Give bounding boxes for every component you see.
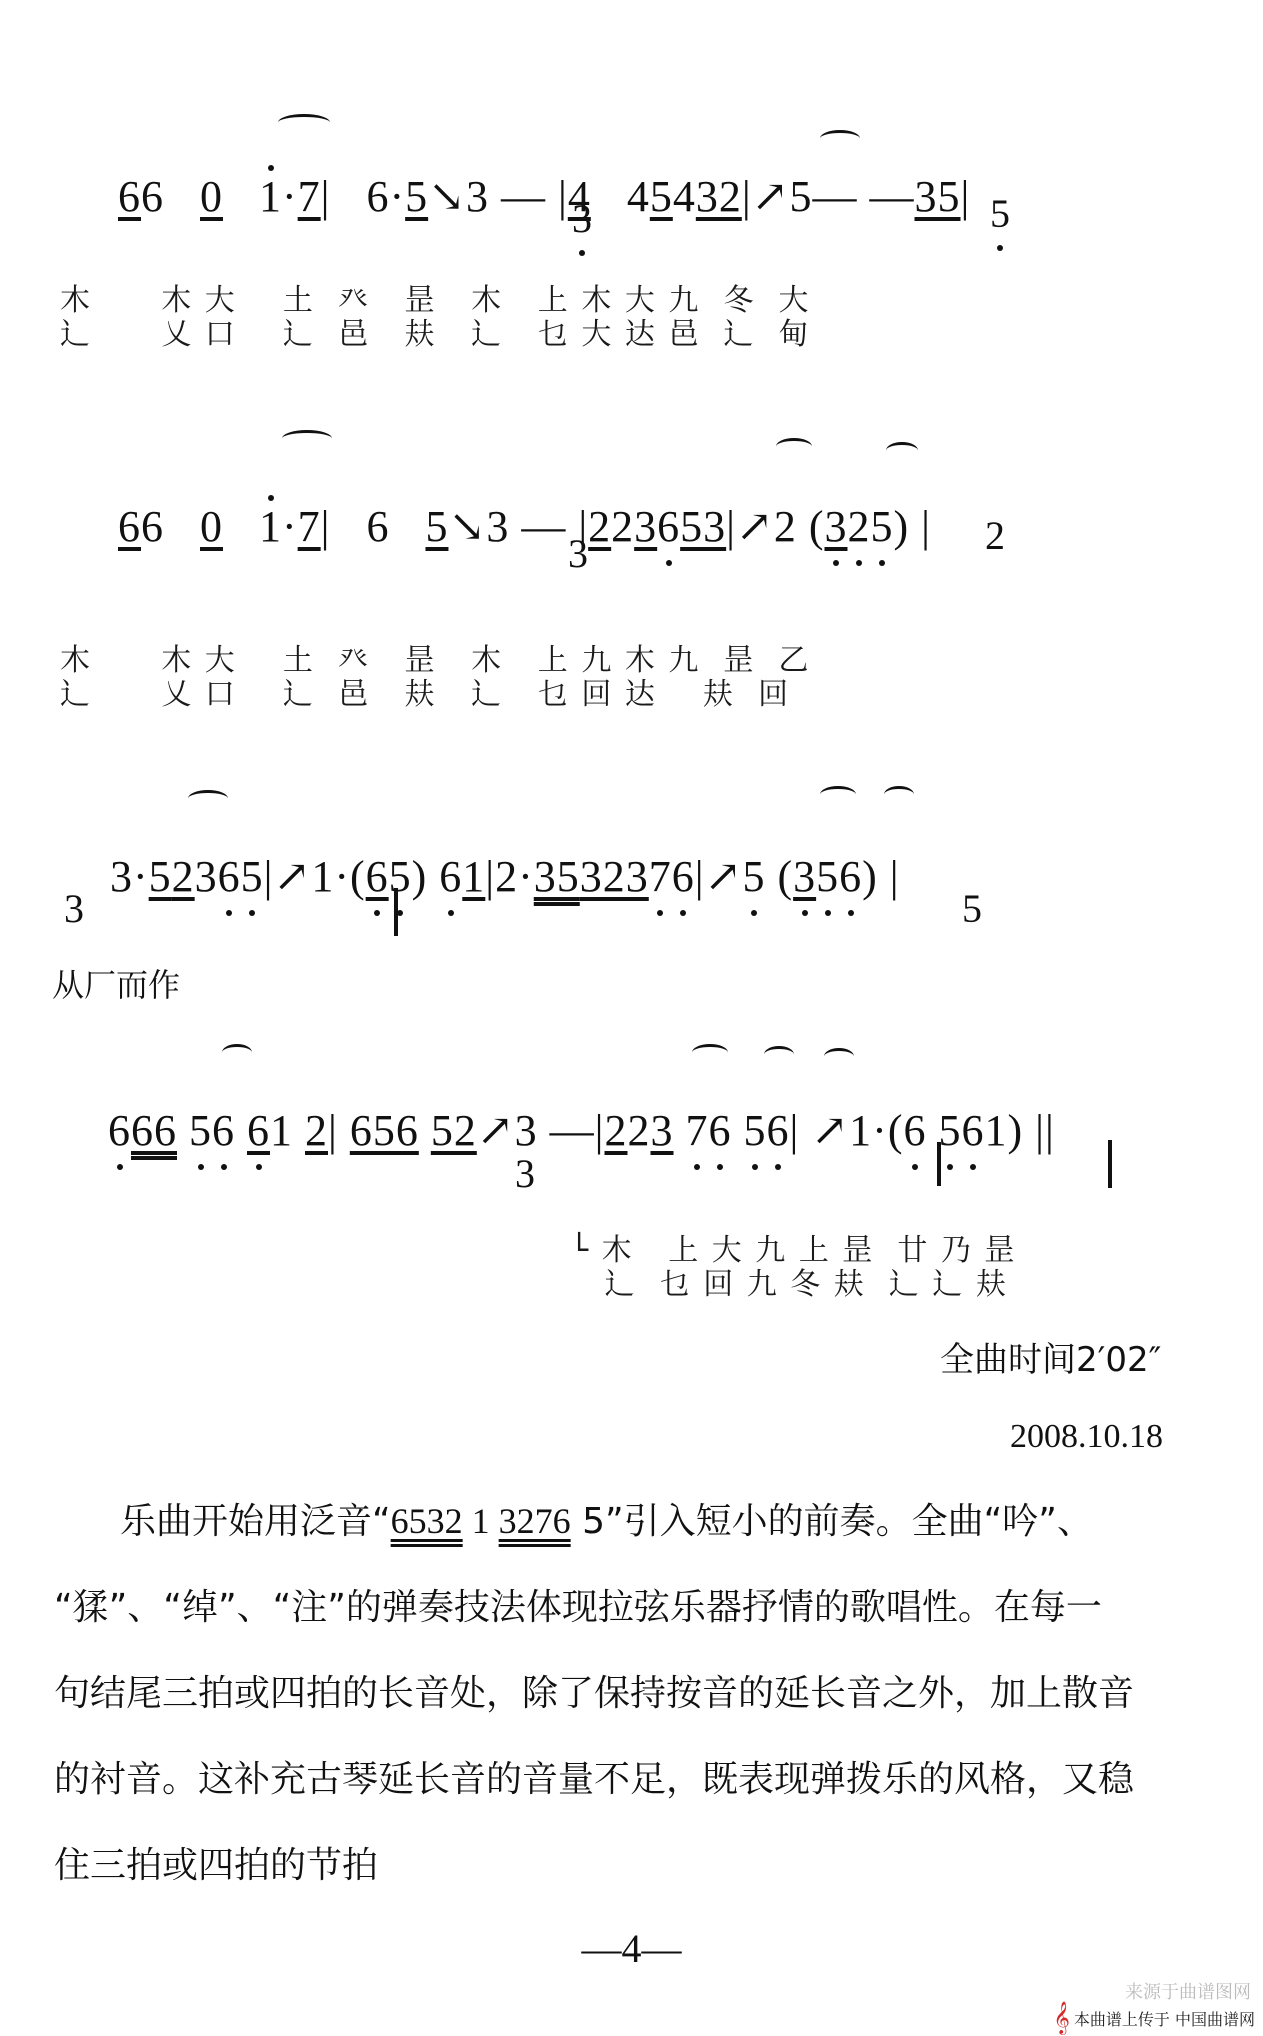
description-paragraph: 乐曲开始用泛音“6532 1 3276 5”引入短小的前奏。全曲“吟”、 “猱”… xyxy=(54,1478,1234,1909)
stroke-mark xyxy=(394,888,398,936)
paragraph-line-4: 的衬音。这补充古琴延长音的音量不足，既表现弹拨乐的风格，又稳 xyxy=(54,1737,1234,1823)
total-duration: 全曲时间2′02″ xyxy=(940,1332,1161,1381)
bass-note: 5 xyxy=(990,190,1010,237)
guqin-tablature: └ 木 上 大 九 上 昰 廿 乃 昰 辶 乜 回 九 冬 㚘 辶 辶 㚘 xyxy=(570,1200,1017,1336)
treble-clef-icon: 𝄞 xyxy=(1053,2004,1070,2032)
score-line-3: 3·52365|↗1·(65) 61|2·3532376|↗5 (356) | … xyxy=(0,760,1263,1040)
watermark-upload: 本曲谱上传于 中国曲谱网 xyxy=(1074,2007,1255,2030)
numbered-notation: 66 0 1·7| 6 5↘3 — |223653|↗2 (325) | xyxy=(70,450,931,603)
date: 2008.10.18 xyxy=(1010,1418,1163,1456)
bass-note: 5 xyxy=(962,885,982,932)
bass-note: 3 xyxy=(568,530,588,577)
guqin-tablature: 木 木 大 土 癶 昰 木 上 九 木 九 昰 乙 辶 乂 口 辶 邑 㚘 辶 … xyxy=(60,610,811,746)
stroke-mark xyxy=(1108,1140,1112,1188)
bass-note: 3 xyxy=(515,1150,535,1197)
stroke-mark xyxy=(937,1142,941,1186)
numbered-notation: 666 56 61 2| 656 52↗3 —|223 76 56| ↗1·(6… xyxy=(60,1054,1055,1207)
guqin-tablature: 木 木 大 土 癶 昰 木 上 木 大 九 冬 大 辶 乂 口 辶 邑 㚘 辶 … xyxy=(60,250,811,386)
bass-note: 2 xyxy=(985,512,1005,559)
score-line-2: 66 0 1·7| 6 5↘3 — |223653|↗2 (325) | 3 2… xyxy=(0,420,1263,740)
watermark: 来源于曲谱图网 𝄞 本曲谱上传于 中国曲谱网 xyxy=(1053,1978,1255,2032)
paragraph-line-5: 住三拍或四拍的节拍 xyxy=(54,1823,1234,1909)
page-number: —4— xyxy=(0,1925,1263,1972)
watermark-source: 来源于曲谱图网 xyxy=(1053,1978,1255,2004)
handwritten-annotation: 从厂而作 xyxy=(52,960,180,1006)
paragraph-line-1: 乐曲开始用泛音“6532 1 3276 5”引入短小的前奏。全曲“吟”、 xyxy=(54,1478,1234,1565)
paragraph-line-3: 句结尾三拍或四拍的长音处，除了保持按音的延长音之外，加上散音 xyxy=(54,1651,1234,1737)
bass-note: 3 xyxy=(572,195,592,242)
score-line-4: 666 56 61 2| 656 52↗3 —|223 76 56| ↗1·(6… xyxy=(0,1040,1263,1340)
paragraph-line-2: “猱”、“绰”、“注”的弹奏技法体现拉弦乐器抒情的歌唱性。在每一 xyxy=(54,1565,1234,1651)
score-line-1: 66 0 1·7| 6·5↘3 — |4 45432|↗5— —35| 3 5 … xyxy=(0,100,1263,400)
slide-arc xyxy=(282,430,332,447)
bass-note: 3 xyxy=(64,885,84,932)
numbered-notation: 3·52365|↗1·(65) 61|2·3532376|↗5 (356) | xyxy=(62,800,900,953)
